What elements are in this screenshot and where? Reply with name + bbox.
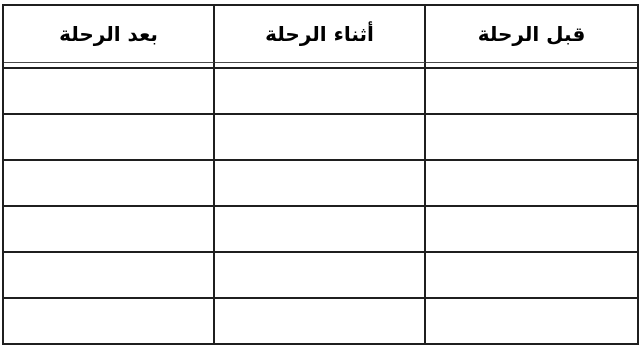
empty-cell [426, 297, 637, 343]
empty-cell [4, 297, 215, 343]
trip-phases-table: قبل الرحلة أثناء الرحلة بعد الرحلة [2, 4, 639, 345]
empty-cell [215, 205, 426, 251]
empty-cell [4, 251, 215, 297]
empty-cell [215, 297, 426, 343]
header-cell-after-trip: بعد الرحلة [4, 6, 215, 63]
table-row [4, 205, 637, 251]
table-row [4, 67, 637, 113]
empty-cell [215, 251, 426, 297]
empty-cell [426, 67, 637, 113]
empty-cell [4, 67, 215, 113]
empty-cell [215, 113, 426, 159]
empty-cell [4, 113, 215, 159]
worksheet-page: قبل الرحلة أثناء الرحلة بعد الرحلة [0, 0, 641, 361]
empty-cell [4, 159, 215, 205]
empty-cell [426, 113, 637, 159]
header-row: قبل الرحلة أثناء الرحلة بعد الرحلة [4, 6, 637, 63]
empty-cell [4, 205, 215, 251]
empty-cell [426, 251, 637, 297]
table-row [4, 159, 637, 205]
table-row [4, 113, 637, 159]
empty-cell [215, 67, 426, 113]
table-row [4, 297, 637, 343]
header-cell-before-trip: قبل الرحلة [426, 6, 637, 63]
empty-cell [426, 159, 637, 205]
empty-cell [426, 205, 637, 251]
table-row [4, 251, 637, 297]
empty-cell [215, 159, 426, 205]
header-cell-during-trip: أثناء الرحلة [215, 6, 426, 63]
table-header: قبل الرحلة أثناء الرحلة بعد الرحلة [4, 6, 637, 67]
table-body [4, 67, 637, 343]
